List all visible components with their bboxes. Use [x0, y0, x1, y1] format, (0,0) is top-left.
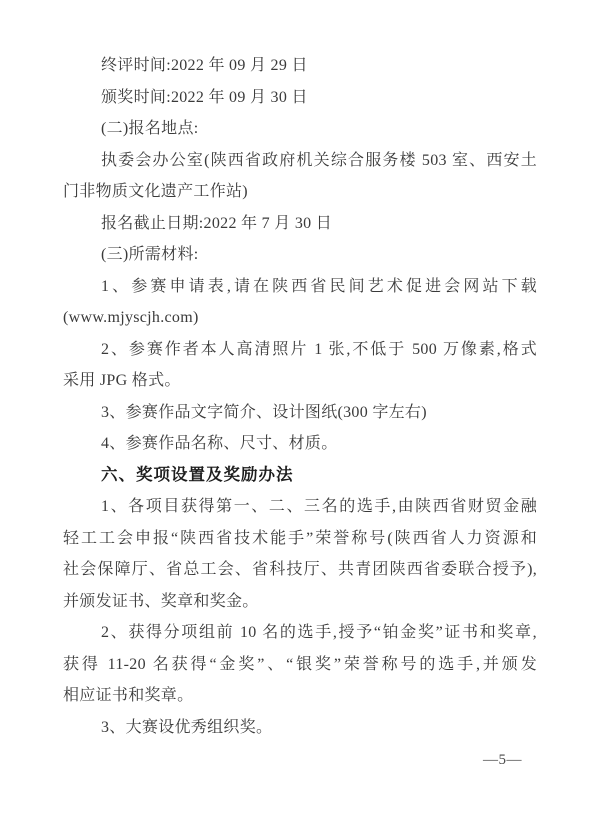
text-line: 颁奖时间:2022 年 09 月 30 日	[63, 82, 537, 114]
text-line: 1、参赛申请表,请在陕西省民间艺术促进会网站下载	[63, 271, 537, 303]
text-line: 2、获得分项组前 10 名的选手,授予“铂金奖”证书和奖章,	[63, 617, 537, 649]
text-line: 4、参赛作品名称、尺寸、材质。	[63, 428, 537, 460]
text-line: 3、大赛设优秀组织奖。	[63, 712, 537, 744]
text-line: (www.mjyscjh.com)	[63, 302, 537, 334]
text-line: 2、参赛作者本人高清照片 1 张,不低于 500 万像素,格式	[63, 334, 537, 366]
text-line: 相应证书和奖章。	[63, 680, 537, 712]
page-number: —5—	[483, 750, 522, 770]
text-line: 社会保障厅、省总工会、省科技厅、共青团陕西省委联合授予),	[63, 554, 537, 586]
text-line: 执委会办公室(陕西省政府机关综合服务楼 503 室、西安土	[63, 145, 537, 177]
text-line: 3、参赛作品文字简介、设计图纸(300 字左右)	[63, 397, 537, 429]
text-line: 1、各项目获得第一、二、三名的选手,由陕西省财贸金融	[63, 491, 537, 523]
text-line: (二)报名地点:	[63, 113, 537, 145]
document-page: 终评时间:2022 年 09 月 29 日颁奖时间:2022 年 09 月 30…	[0, 0, 600, 820]
document-body: 终评时间:2022 年 09 月 29 日颁奖时间:2022 年 09 月 30…	[63, 50, 537, 743]
text-line: 门非物质文化遗产工作站)	[63, 176, 537, 208]
text-line: 轻工工会申报“陕西省技术能手”荣誉称号(陕西省人力资源和	[63, 523, 537, 555]
text-line: 报名截止日期:2022 年 7 月 30 日	[63, 208, 537, 240]
text-line: (三)所需材料:	[63, 239, 537, 271]
text-line: 并颁发证书、奖章和奖金。	[63, 586, 537, 618]
text-line: 终评时间:2022 年 09 月 29 日	[63, 50, 537, 82]
section-heading: 六、奖项设置及奖励办法	[63, 460, 537, 492]
text-line: 采用 JPG 格式。	[63, 365, 537, 397]
text-line: 获得 11-20 名获得“金奖”、“银奖”荣誉称号的选手,并颁发	[63, 649, 537, 681]
